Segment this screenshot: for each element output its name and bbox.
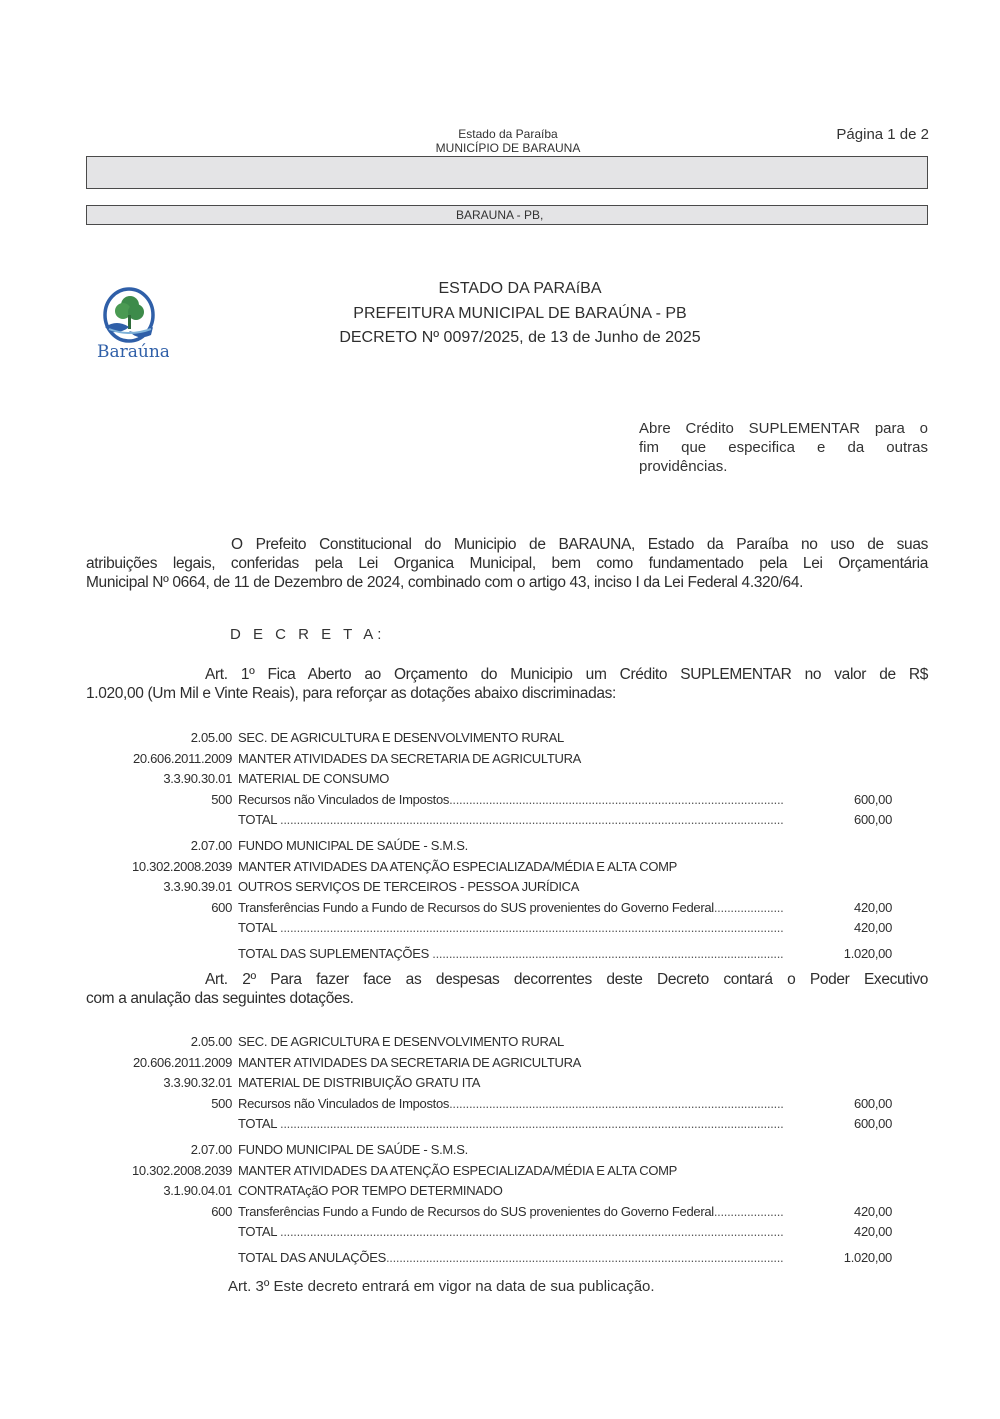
budget-code: 2.07.00 [191,1140,232,1161]
budget-description: FUNDO MUNICIPAL DE SAÚDE - S.M.S. [238,1140,468,1161]
budget-description: MANTER ATIVIDADES DA SECRETARIA DE AGRIC… [238,749,581,770]
table-row: 2.07.00FUNDO MUNICIPAL DE SAÚDE - S.M.S. [86,836,892,857]
table-row: 3.1.90.04.01CONTRATAçãO POR TEMPO DETERM… [86,1181,892,1202]
budget-description: OUTROS SERVIÇOS DE TERCEIROS - PESSOA JU… [238,877,579,898]
preamble-paragraph: O Prefeito Constitucional do Municipio d… [86,535,928,592]
article-3: Art. 3º Este decreto entrará em vigor na… [228,1278,655,1295]
budget-description: Transferências Fundo a Fundo de Recursos… [238,1202,783,1223]
budget-code: 20.606.2011.2009 [133,1053,232,1074]
annulments-table: 2.05.00SEC. DE AGRICULTURA E DESENVOLVIM… [86,1032,892,1269]
decree-title: ESTADO DA PARAíBA PREFEITURA MUNICIPAL D… [320,277,720,351]
budget-description: MANTER ATIVIDADES DA ATENÇÃO ESPECIALIZA… [238,857,677,878]
summary-line: fim que especifica e da outras [639,438,928,457]
table-row: 2.07.00FUNDO MUNICIPAL DE SAÚDE - S.M.S. [86,1140,892,1161]
budget-amount: 600,00 [854,790,892,811]
budget-amount: 600,00 [854,810,892,831]
budget-description: TOTAL ..................................… [238,1114,783,1135]
budget-description: MANTER ATIVIDADES DA ATENÇÃO ESPECIALIZA… [238,1161,677,1182]
budget-description: SEC. DE AGRICULTURA E DESENVOLVIMENTO RU… [238,728,564,749]
budget-code: 3.1.90.04.01 [163,1181,232,1202]
paragraph-line: atribuições legais, conferidas pela Lei … [86,554,928,573]
header-blank-bar [86,156,928,189]
budget-amount: 600,00 [854,1094,892,1115]
budget-code: 2.05.00 [191,728,232,749]
budget-description: TOTAL DAS SUPLEMENTAÇÕES ...............… [238,944,783,965]
paragraph-line: 1.020,00 (Um Mil e Vinte Reais), para re… [86,684,928,703]
article-2: Art. 2º Para fazer face as despesas deco… [86,970,928,1008]
budget-amount: 600,00 [854,1114,892,1135]
summary-line: providências. [639,457,928,476]
location-text: BARAUNA - PB, [456,206,543,224]
budget-description: TOTAL ..................................… [238,810,783,831]
table-row: TOTAL DAS SUPLEMENTAÇÕES ...............… [86,944,892,965]
table-row: TOTAL ..................................… [86,810,892,831]
budget-code: 2.07.00 [191,836,232,857]
budget-description: TOTAL ..................................… [238,1222,783,1243]
budget-description: Recursos não Vinculados de Impostos.....… [238,790,783,811]
supplements-table: 2.05.00SEC. DE AGRICULTURA E DESENVOLVIM… [86,728,892,965]
budget-description: MATERIAL DE CONSUMO [238,769,389,790]
table-row: 2.05.00SEC. DE AGRICULTURA E DESENVOLVIM… [86,728,892,749]
budget-code: 3.3.90.39.01 [163,877,232,898]
budget-amount: 420,00 [854,1202,892,1223]
table-row: 3.3.90.39.01OUTROS SERVIÇOS DE TERCEIROS… [86,877,892,898]
summary-line: Abre Crédito SUPLEMENTAR para o [639,419,928,438]
budget-amount: 420,00 [854,898,892,919]
page-indicator: Página 1 de 2 [836,126,929,143]
budget-description: SEC. DE AGRICULTURA E DESENVOLVIMENTO RU… [238,1032,564,1053]
budget-code: 20.606.2011.2009 [133,749,232,770]
budget-code: 10.302.2008.2039 [132,857,232,878]
table-row: 500Recursos não Vinculados de Impostos..… [86,1094,892,1115]
budget-description: FUNDO MUNICIPAL DE SAÚDE - S.M.S. [238,836,468,857]
budget-code: 500 [211,1094,232,1115]
table-row: 600Transferências Fundo a Fundo de Recur… [86,1202,892,1223]
budget-description: Transferências Fundo a Fundo de Recursos… [238,898,783,919]
table-row: 10.302.2008.2039MANTER ATIVIDADES DA ATE… [86,857,892,878]
article-1: Art. 1º Fica Aberto ao Orçamento do Muni… [86,665,928,703]
budget-description: Recursos não Vinculados de Impostos.....… [238,1094,783,1115]
budget-amount: 1.020,00 [844,944,892,965]
paragraph-line: Municipal Nº 0664, de 11 de Dezembro de … [86,573,928,592]
title-decree-number: DECRETO Nº 0097/2025, de 13 de Junho de … [320,326,720,351]
budget-description: MANTER ATIVIDADES DA SECRETARIA DE AGRIC… [238,1053,581,1074]
municipal-coat-of-arms-icon: Baraúna [93,285,169,363]
table-row: 20.606.2011.2009MANTER ATIVIDADES DA SEC… [86,1053,892,1074]
location-bar: BARAUNA - PB, [86,205,928,225]
table-row: 2.05.00SEC. DE AGRICULTURA E DESENVOLVIM… [86,1032,892,1053]
table-row: 3.3.90.32.01MATERIAL DE DISTRIBUIÇÃO GRA… [86,1073,892,1094]
budget-amount: 420,00 [854,918,892,939]
budget-description: TOTAL ..................................… [238,918,783,939]
budget-code: 500 [211,790,232,811]
budget-description: MATERIAL DE DISTRIBUIÇÃO GRATU ITA [238,1073,480,1094]
budget-code: 2.05.00 [191,1032,232,1053]
budget-code: 10.302.2008.2039 [132,1161,232,1182]
title-state: ESTADO DA PARAíBA [320,277,720,302]
table-row: 500Recursos não Vinculados de Impostos..… [86,790,892,811]
table-row: TOTAL ..................................… [86,1114,892,1135]
budget-code: 3.3.90.30.01 [163,769,232,790]
budget-code: 600 [211,1202,232,1223]
header-municipality: MUNICÍPIO DE BARAUNA [0,141,1000,155]
budget-amount: 1.020,00 [844,1248,892,1269]
table-row: 3.3.90.30.01MATERIAL DE CONSUMO [86,769,892,790]
decree-summary: Abre Crédito SUPLEMENTAR para o fim que … [639,419,928,476]
svg-text:Baraúna: Baraúna [97,342,169,362]
table-row: 10.302.2008.2039MANTER ATIVIDADES DA ATE… [86,1161,892,1182]
budget-amount: 420,00 [854,1222,892,1243]
decreta-heading: D E C R E T A: [230,626,385,643]
paragraph-line: com a anulação das seguintes dotações. [86,989,928,1008]
title-prefecture: PREFEITURA MUNICIPAL DE BARAÚNA - PB [320,302,720,327]
budget-description: CONTRATAçãO POR TEMPO DETERMINADO [238,1181,503,1202]
paragraph-line: Art. 1º Fica Aberto ao Orçamento do Muni… [86,665,928,684]
budget-code: 3.3.90.32.01 [163,1073,232,1094]
table-row: TOTAL DAS ANULAÇÕES.....................… [86,1248,892,1269]
table-row: TOTAL ..................................… [86,918,892,939]
budget-code: 600 [211,898,232,919]
municipal-logo: Baraúna [93,285,169,363]
table-row: 20.606.2011.2009MANTER ATIVIDADES DA SEC… [86,749,892,770]
paragraph-line: Art. 2º Para fazer face as despesas deco… [86,970,928,989]
budget-description: TOTAL DAS ANULAÇÕES.....................… [238,1248,783,1269]
paragraph-line: O Prefeito Constitucional do Municipio d… [86,535,928,554]
table-row: 600Transferências Fundo a Fundo de Recur… [86,898,892,919]
table-row: TOTAL ..................................… [86,1222,892,1243]
